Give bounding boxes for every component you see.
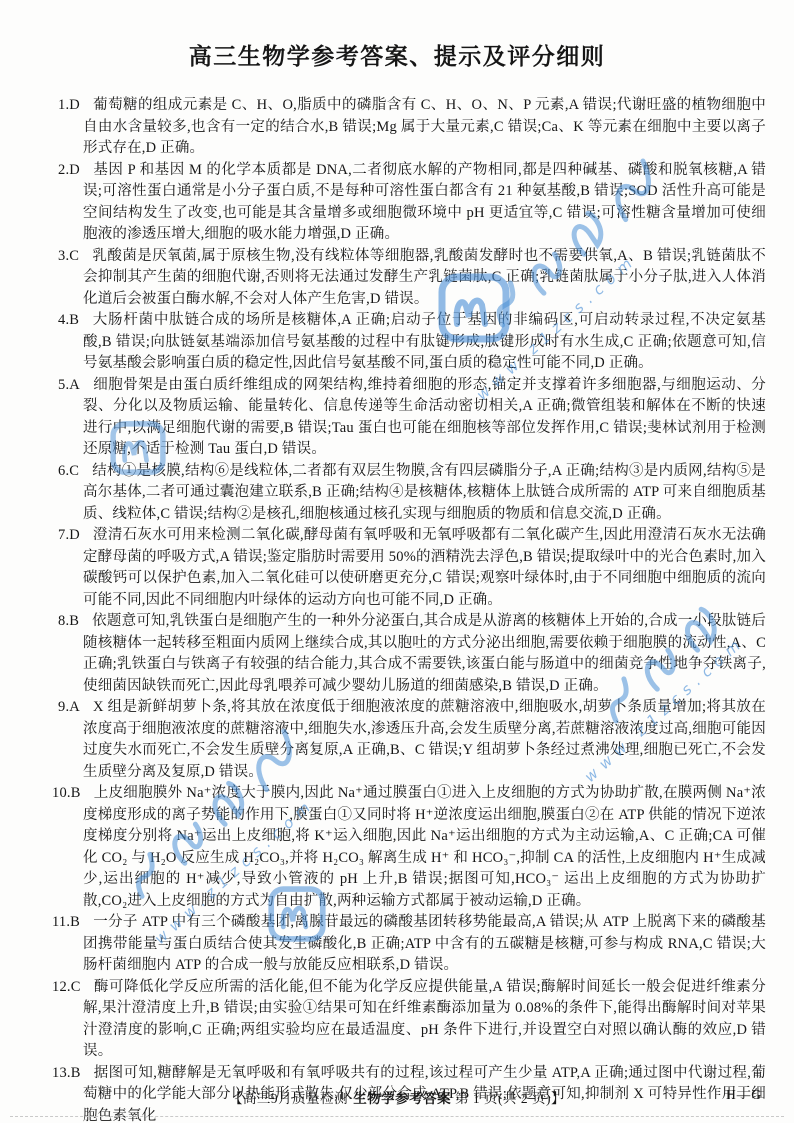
footer-text-suffix: 第 1 页(共 2 页)】 <box>451 1091 565 1106</box>
answer-item-10: 10.B上皮细胞膜外 Na⁺浓度大于膜内,因此 Na⁺通过膜蛋白①进入上皮细胞的… <box>28 783 766 912</box>
item-text: 结构①是核膜,结构⑥是线粒体,二者都有双层生物膜,含有四层磷脂分子,A 正确;结… <box>83 463 766 522</box>
document-page: www.z1zcs.com www.z1zcs.com www.z1zcs.co… <box>0 0 794 1123</box>
item-label: 4.B <box>58 312 79 328</box>
item-text: 上皮细胞膜外 Na⁺浓度大于膜内,因此 Na⁺通过膜蛋白①进入上皮细胞的方式为协… <box>83 785 766 909</box>
answer-item-4: 4.B大肠杆菌中肽链合成的场所是核糖体,A 正确;启动子位于基因的非编码区,可启… <box>28 310 766 375</box>
item-text: 葡萄糖的组成元素是 C、H、O,脂质中的磷脂含有 C、H、O、N、P 元素,A … <box>83 97 766 156</box>
answer-item-3: 3.C乳酸菌是厌氧菌,属于原核生物,没有线粒体等细胞器,乳酸菌发酵时也不需要供氧… <box>28 246 766 311</box>
item-label: 8.B <box>58 613 79 629</box>
item-text: X 组是新鲜胡萝卜条,将其放在浓度低于细胞液浓度的蔗糖溶液中,细胞吸水,胡萝卜条… <box>83 699 766 780</box>
item-label: 2.D <box>58 162 80 178</box>
item-label: 1.D <box>58 97 80 113</box>
answers-list: 1.D葡萄糖的组成元素是 C、H、O,脂质中的磷脂含有 C、H、O、N、P 元素… <box>28 95 766 1123</box>
page-title: 高三生物学参考答案、提示及评分细则 <box>0 0 794 71</box>
page-bottom-rule <box>10 1116 784 1117</box>
item-text: 酶可降低化学反应所需的活化能,但不能为化学反应提供能量,A 错误;酶解时间延长一… <box>83 979 766 1060</box>
answer-item-6: 6.C结构①是核膜,结构⑥是线粒体,二者都有双层生物膜,含有四层磷脂分子,A 正… <box>28 461 766 526</box>
item-label: 7.D <box>58 527 80 543</box>
answer-item-7: 7.D澄清石灰水可用来检测二氧化碳,酵母菌有氧呼吸和无氧呼吸都有二氧化碳产生,因… <box>28 525 766 611</box>
item-text: 澄清石灰水可用来检测二氧化碳,酵母菌有氧呼吸和无氧呼吸都有二氧化碳产生,因此用澄… <box>83 527 766 608</box>
item-label: 12.C <box>52 979 81 995</box>
item-label: 11.B <box>52 914 80 930</box>
answer-item-12: 12.C酶可降低化学反应所需的活化能,但不能为化学反应提供能量,A 错误;酶解时… <box>28 977 766 1063</box>
footer-code: H—G <box>726 1087 762 1103</box>
answer-item-5: 5.A细胞骨架是由蛋白质纤维组成的网架结构,维持着细胞的形态,锚定并支撑着许多细… <box>28 375 766 461</box>
item-label: 6.C <box>58 463 79 479</box>
footer-text-bold: 生物学参考答案 <box>353 1091 451 1106</box>
item-label: 10.B <box>52 785 81 801</box>
answer-item-1: 1.D葡萄糖的组成元素是 C、H、O,脂质中的磷脂含有 C、H、O、N、P 元素… <box>28 95 766 160</box>
answer-item-9: 9.AX 组是新鲜胡萝卜条,将其放在浓度低于细胞液浓度的蔗糖溶液中,细胞吸水,胡… <box>28 697 766 783</box>
item-text: 乳酸菌是厌氧菌,属于原核生物,没有线粒体等细胞器,乳酸菌发酵时也不需要供氧,A、… <box>83 248 766 307</box>
answer-item-11: 11.B一分子 ATP 中有三个磷酸基团,离腺苷最远的磷酸基团转移势能最高,A … <box>28 912 766 977</box>
answer-item-2: 2.D基因 P 和基因 M 的化学本质都是 DNA,二者彻底水解的产物相同,都是… <box>28 160 766 246</box>
item-label: 9.A <box>58 699 80 715</box>
footer-text-prefix: 【高三9月质量检测· <box>229 1091 353 1106</box>
item-label: 13.B <box>52 1065 81 1081</box>
item-label: 5.A <box>58 377 80 393</box>
item-text: 细胞骨架是由蛋白质纤维组成的网架结构,维持着细胞的形态,锚定并支撑着许多细胞器,… <box>83 377 766 458</box>
item-label: 3.C <box>58 248 79 264</box>
item-text: 一分子 ATP 中有三个磷酸基团,离腺苷最远的磷酸基团转移势能最高,A 错误;从… <box>83 914 766 973</box>
page-footer: 【高三9月质量检测·生物学参考答案 第 1 页(共 2 页)】 H—G <box>0 1087 794 1107</box>
item-text: 基因 P 和基因 M 的化学本质都是 DNA,二者彻底水解的产物相同,都是四种碱… <box>83 162 766 243</box>
item-text: 大肠杆菌中肽链合成的场所是核糖体,A 正确;启动子位于基因的非编码区,可启动转录… <box>83 312 766 371</box>
item-text: 依题意可知,乳铁蛋白是细胞产生的一种外分泌蛋白,其合成是从游离的核糖体上开始的,… <box>83 613 766 694</box>
answer-item-8: 8.B依题意可知,乳铁蛋白是细胞产生的一种外分泌蛋白,其合成是从游离的核糖体上开… <box>28 611 766 697</box>
